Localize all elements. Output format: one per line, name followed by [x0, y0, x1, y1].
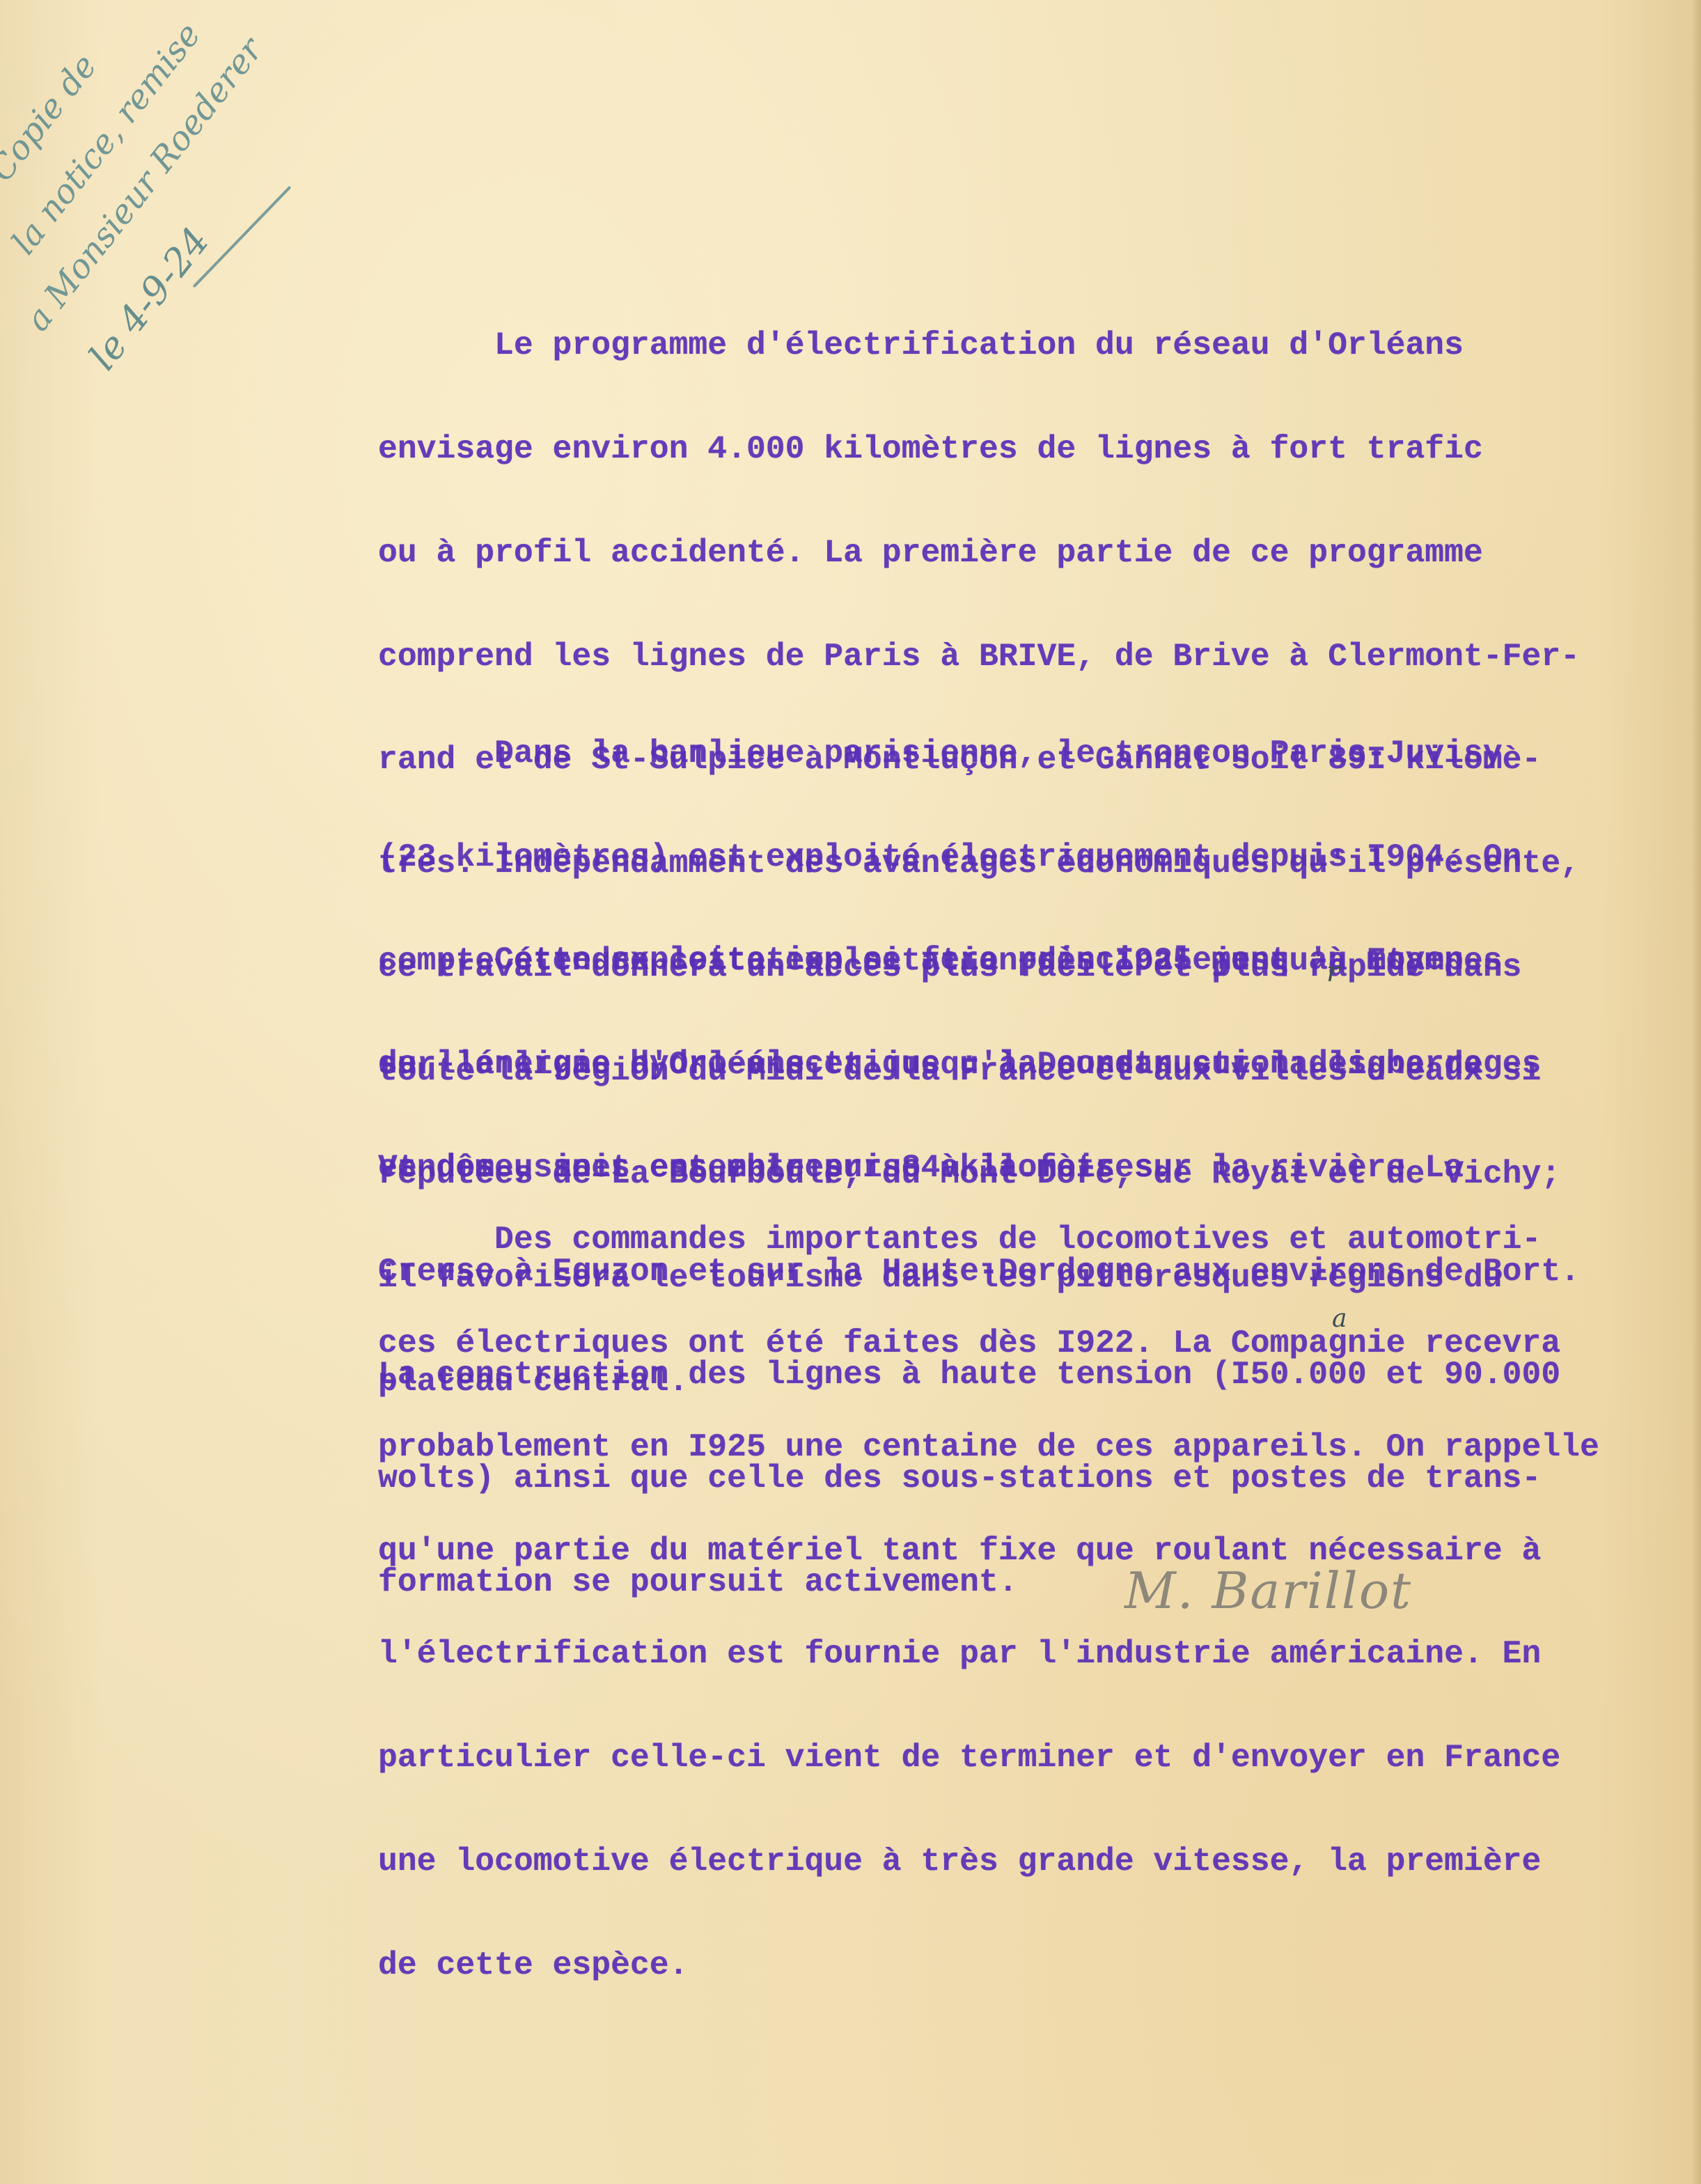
text-line: probablement en I925 une centaine de ces…	[378, 1430, 1599, 1465]
paragraph-locomotive-orders: Des commandes importantes de locomotives…	[378, 1153, 1599, 2017]
text-line: Des commandes importantes de locomotives…	[378, 1222, 1599, 1257]
text-line: Le programme d'électrification du réseau…	[378, 328, 1580, 363]
text-line: Cette exploitation se fera principalemen…	[378, 943, 1580, 978]
text-line: ou à profil accidenté. La première parti…	[378, 536, 1580, 570]
handwritten-correction: r	[1326, 956, 1340, 988]
paper-edge	[1691, 0, 1701, 2184]
text-line: une locomotive électrique à très grande …	[378, 1844, 1599, 1879]
signature: M. Barillot	[1124, 1561, 1412, 1620]
text-line: de l'énergie hydro-électrique : la const…	[378, 1047, 1580, 1082]
text-line: Dans la banlieue parisienne, le tronçon …	[378, 736, 1522, 771]
text-line: ces électriques ont été faites dès I922.…	[378, 1326, 1599, 1361]
text-line: envisage environ 4.000 kilomètres de lig…	[378, 432, 1580, 467]
text-line: qu'une partie du matériel tant fixe que …	[378, 1534, 1599, 1568]
handwritten-correction: a	[1332, 1304, 1347, 1333]
text-line: l'électrification est fournie par l'indu…	[378, 1637, 1599, 1671]
text-line: (23 kilomètres) est exploité électriquem…	[378, 840, 1522, 875]
text-line: de cette espèce.	[378, 1948, 1599, 1983]
text-line: particulier celle-ci vient de terminer e…	[378, 1740, 1599, 1775]
